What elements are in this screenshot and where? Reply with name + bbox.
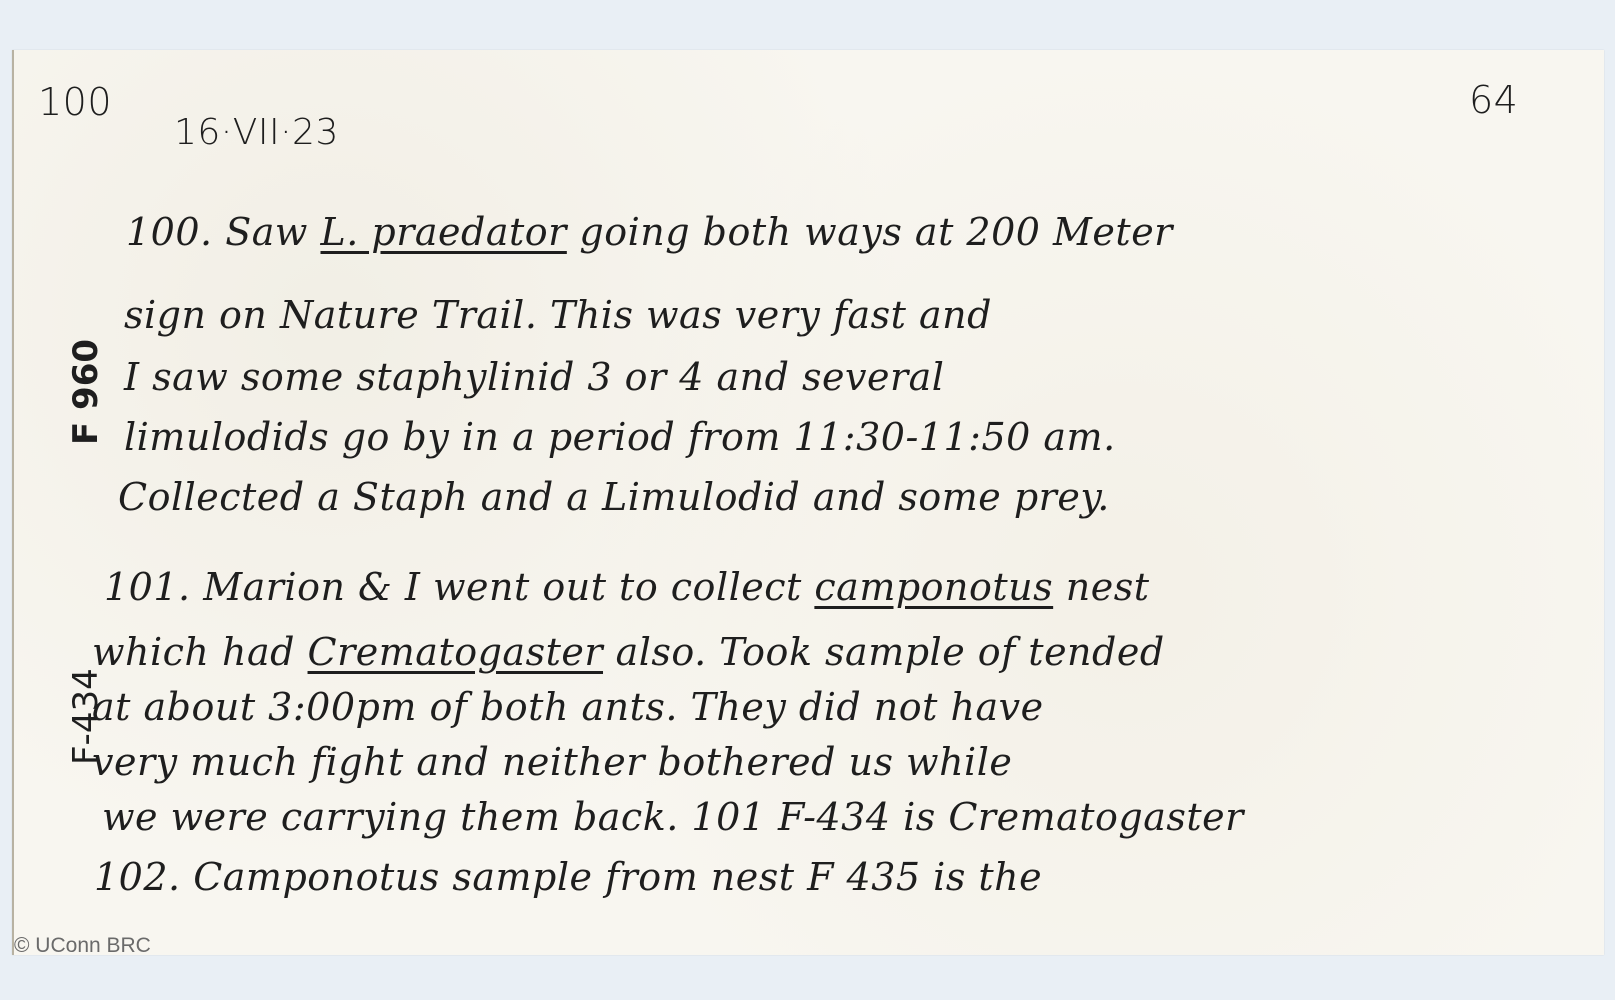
line-text: Saw [225,210,320,254]
entry-100-line-4: limulodids go by in a period from 11:30-… [124,415,1116,459]
species-name: L. praedator [321,210,567,254]
entry-102-line-1: 102. Camponotus sample from nest F 435 i… [94,855,1042,899]
entry-number: 102. [94,855,181,899]
entry-101-line-1: 101. Marion & I went out to collect camp… [104,565,1149,609]
entry-100-line-3: I saw some staphylinid 3 or 4 and severa… [124,355,944,399]
page-number-right: 64 [1469,78,1518,122]
card-number-left: 100 [38,80,112,124]
line-text: nest [1066,565,1150,609]
line-text: which had [92,630,308,674]
entry-101-line-3: at about 3:00pm of both ants. They did n… [92,685,1044,729]
line-text: Camponotus sample from nest F 435 is the [193,855,1042,899]
entry-101-line-4: very much fight and neither bothered us … [92,740,1012,784]
date-entry: 16·VII·23 [174,112,339,153]
entry-101-line-2: which had Crematogaster also. Took sampl… [92,630,1165,674]
line-text: Marion & I went out to collect [203,565,814,609]
entry-100-line-1: 100. Saw L. praedator going both ways at… [126,210,1173,254]
entry-101-line-5: we were carrying them back. 101 F-434 is… [102,795,1244,839]
entry-100-line-2: sign on Nature Trail. This was very fast… [124,293,992,337]
entry-number: 100. [126,210,213,254]
entry-100-line-5: Collected a Staph and a Limulodid and so… [118,475,1110,519]
entry-number: 101. [104,565,191,609]
margin-note-upper: F 960 [66,339,106,445]
line-text: going both ways at 200 Meter [579,210,1172,254]
note-card: 100 64 16·VII·23 F 960 F-434 100. Saw L.… [12,50,1604,955]
line-text: also. Took sample of tended [616,630,1165,674]
species-name: camponotus [814,565,1053,609]
copyright-credit: © UConn BRC [14,934,151,958]
species-name: Crematogaster [308,630,603,674]
